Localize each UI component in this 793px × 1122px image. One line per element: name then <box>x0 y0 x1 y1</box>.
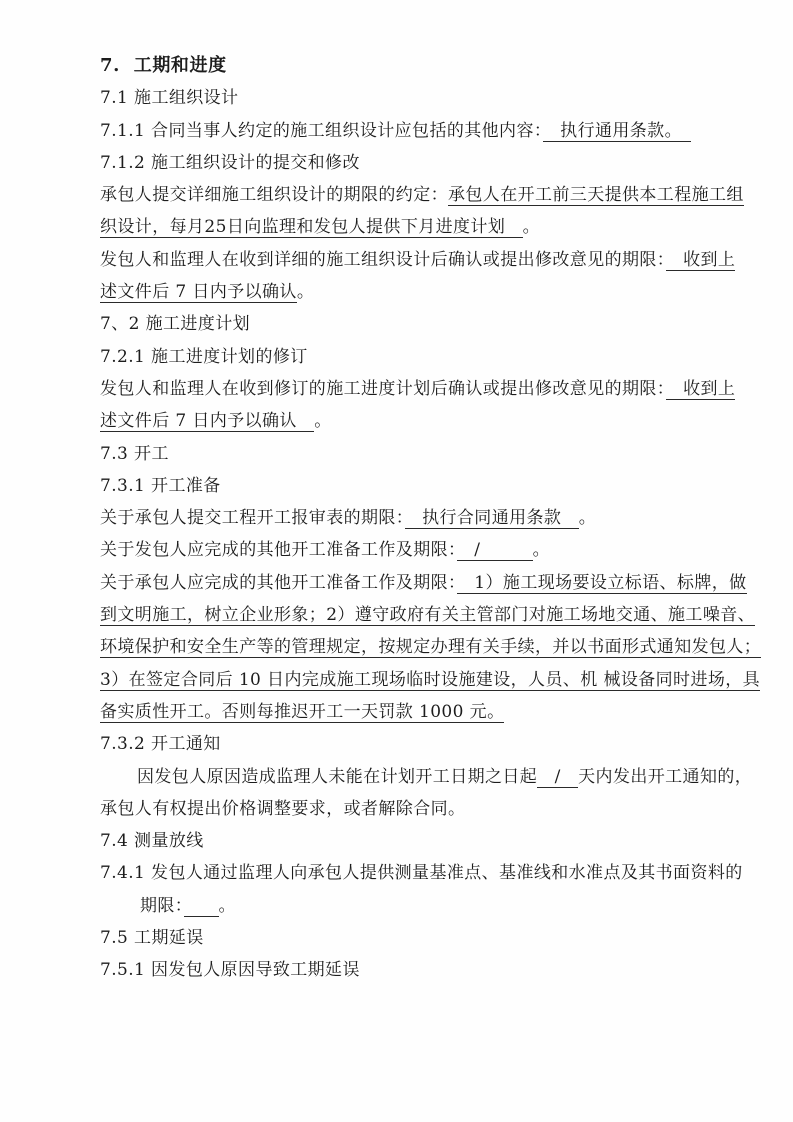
filled-blank-underlined-text: 执行通用条款。 <box>543 121 691 142</box>
static-text: 7.3.2 开工通知 <box>100 734 221 754</box>
text-line: 7.5.1 因发包人原因导致工期延误 <box>100 954 716 986</box>
static-text: 关于发包人应完成的其他开工准备工作及期限： <box>100 540 457 560</box>
static-text: 7.4.1 发包人通过监理人向承包人提供测量基准点、基准线和水准点及其书面资料的 <box>100 863 743 883</box>
text-line: 关于承包人应完成的其他开工准备工作及期限： 1）施工现场要设立标语、标牌，做 <box>100 567 716 599</box>
text-line: 述文件后 7 日内予以确认 。 <box>100 405 716 437</box>
static-text: 关于承包人提交工程开工报审表的期限： <box>100 508 405 528</box>
text-line: 7.1 施工组织设计 <box>100 82 716 114</box>
static-text: 发包人和监理人在收到修订的施工进度计划后确认或提出修改意见的期限： <box>100 379 666 399</box>
contract-section-7-body: 7. 工期和进度7.1 施工组织设计7.1.1 合同当事人约定的施工组织设计应包… <box>100 50 716 987</box>
text-line: 3）在签定合同后 10 日内完成施工现场临时设施建设，人员、机 械设备同时进场，… <box>100 664 716 696</box>
text-line: 7.4 测量放线 <box>100 825 716 857</box>
filled-blank-underlined-text: 备实质性开工。否则每推迟开工一天罚款 1000 元。 <box>100 702 504 723</box>
text-line: 到文明施工，树立企业形象；2）遵守政府有关主管部门对施工场地交通、施工噪音、 <box>100 599 716 631</box>
filled-blank-underlined-text: / <box>537 767 578 788</box>
filled-blank-underlined-text: 执行合同通用条款 <box>405 508 579 529</box>
text-line: 7、2 施工进度计划 <box>100 308 716 340</box>
text-line: 备实质性开工。否则每推迟开工一天罚款 1000 元。 <box>100 696 716 728</box>
filled-blank-underlined-text: 收到上 <box>666 250 736 271</box>
static-text: 。 <box>579 508 596 528</box>
text-line: 7.5 工期延误 <box>100 922 716 954</box>
static-text: 7.1.1 合同当事人约定的施工组织设计应包括的其他内容： <box>100 121 543 141</box>
filled-blank-underlined-text: 承包人在开工前三天提供本工程施工组 <box>448 185 744 206</box>
static-text: 7. 工期和进度 <box>100 55 227 76</box>
text-line: 7.3.1 开工准备 <box>100 470 716 502</box>
text-line: 环境保护和安全生产等的管理规定，按规定办理有关手续，并以书面形式通知发包人； <box>100 631 716 663</box>
static-text: 7.1.2 施工组织设计的提交和修改 <box>100 153 360 173</box>
static-text: 期限： <box>140 896 184 916</box>
text-line: 关于发包人应完成的其他开工准备工作及期限： / 。 <box>100 534 716 566</box>
static-text: 。 <box>219 896 236 916</box>
static-text: 7.3 开工 <box>100 444 169 464</box>
static-text: 。 <box>533 540 550 560</box>
text-line: 7.3 开工 <box>100 438 716 470</box>
text-line: 承包人有权提出价格调整要求，或者解除合同。 <box>100 793 716 825</box>
static-text: 7.1 施工组织设计 <box>100 88 238 108</box>
filled-blank-underlined-text: 述文件后 7 日内予以确认 <box>100 282 297 303</box>
static-text: 。 <box>297 282 314 302</box>
filled-blank-underlined-text: / <box>457 540 533 561</box>
text-line: 承包人提交详细施工组织设计的期限的约定：承包人在开工前三天提供本工程施工组 <box>100 179 716 211</box>
filled-blank-underlined-text <box>184 896 219 917</box>
text-line: 7.3.2 开工通知 <box>100 728 716 760</box>
static-text: 天内发出开工通知的， <box>578 767 752 787</box>
filled-blank-underlined-text: 3）在签定合同后 10 日内完成施工现场临时设施建设，人员、机 械设备同时进场，… <box>100 670 760 691</box>
static-text: 因发包人原因造成监理人未能在计划开工日期之日起 <box>137 767 537 787</box>
filled-blank-underlined-text: 环境保护和安全生产等的管理规定，按规定办理有关手续，并以书面形式通知发包人； <box>100 637 761 658</box>
static-text: 7.2.1 施工进度计划的修订 <box>100 347 308 367</box>
static-text: 关于承包人应完成的其他开工准备工作及期限： <box>100 573 457 593</box>
document-page: 7. 工期和进度7.1 施工组织设计7.1.1 合同当事人约定的施工组织设计应包… <box>0 0 793 1122</box>
static-text: 7.5.1 因发包人原因导致工期延误 <box>100 960 360 980</box>
text-line: 7.1.1 合同当事人约定的施工组织设计应包括的其他内容： 执行通用条款。 <box>100 115 716 147</box>
filled-blank-underlined-text: 织设计，每月25日向监理和发包人提供下月进度计划 <box>100 217 523 238</box>
text-line: 7.4.1 发包人通过监理人向承包人提供测量基准点、基准线和水准点及其书面资料的 <box>100 857 716 889</box>
text-line: 7.2.1 施工进度计划的修订 <box>100 341 716 373</box>
text-line: 织设计，每月25日向监理和发包人提供下月进度计划 。 <box>100 211 716 243</box>
section-title-line: 7. 工期和进度 <box>100 50 716 82</box>
text-line: 述文件后 7 日内予以确认。 <box>100 276 716 308</box>
text-line: 发包人和监理人在收到修订的施工进度计划后确认或提出修改意见的期限： 收到上 <box>100 373 716 405</box>
static-text: 7.3.1 开工准备 <box>100 476 221 496</box>
filled-blank-underlined-text: 述文件后 7 日内予以确认 <box>100 411 314 432</box>
static-text: 承包人提交详细施工组织设计的期限的约定： <box>100 185 448 205</box>
text-line: 发包人和监理人在收到详细的施工组织设计后确认或提出修改意见的期限： 收到上 <box>100 244 716 276</box>
text-line: 因发包人原因造成监理人未能在计划开工日期之日起 / 天内发出开工通知的， <box>100 761 716 793</box>
filled-blank-underlined-text: 1）施工现场要设立标语、标牌，做 <box>457 573 747 594</box>
text-line: 期限： 。 <box>100 890 716 922</box>
text-line: 7.1.2 施工组织设计的提交和修改 <box>100 147 716 179</box>
static-text: 。 <box>523 217 540 237</box>
static-text: 7、2 施工进度计划 <box>100 314 250 334</box>
static-text: 7.5 工期延误 <box>100 928 204 948</box>
text-line: 关于承包人提交工程开工报审表的期限： 执行合同通用条款 。 <box>100 502 716 534</box>
static-text: 。 <box>314 411 331 431</box>
filled-blank-underlined-text: 到文明施工，树立企业形象；2）遵守政府有关主管部门对施工场地交通、施工噪音、 <box>100 605 755 626</box>
static-text: 发包人和监理人在收到详细的施工组织设计后确认或提出修改意见的期限： <box>100 250 666 270</box>
static-text: 7.4 测量放线 <box>100 831 204 851</box>
filled-blank-underlined-text: 收到上 <box>666 379 736 400</box>
static-text: 承包人有权提出价格调整要求，或者解除合同。 <box>100 799 465 819</box>
